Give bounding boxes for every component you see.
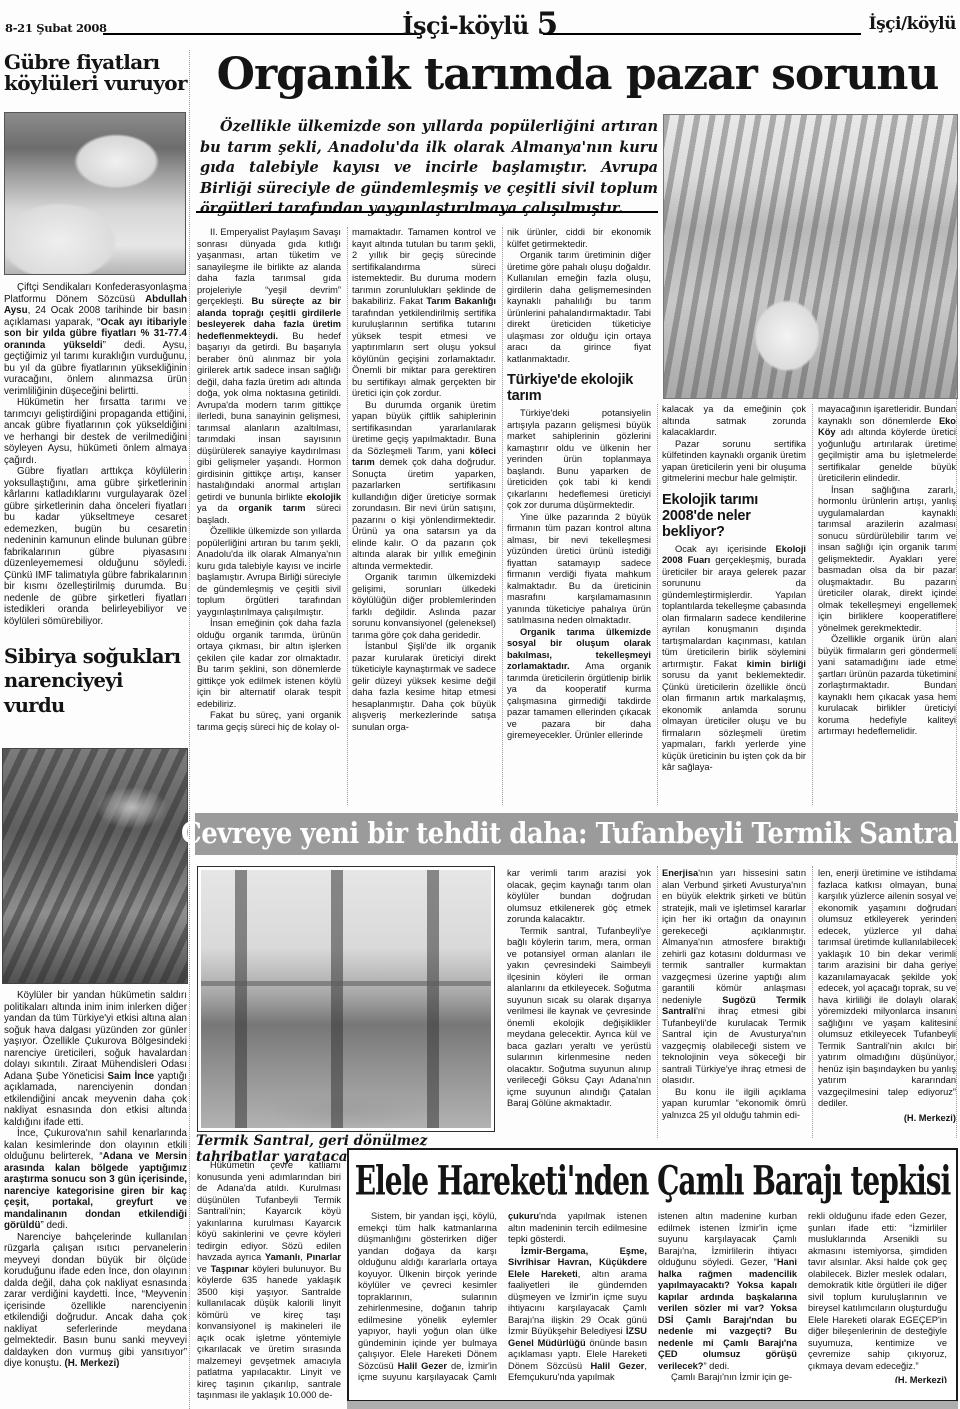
tufanbeyli-banner-headline: Çevreye yeni bir tehdit daha: Tufanbeyli… xyxy=(181,817,960,851)
organik-lead: Özellikle ülkemizde son yıllarda popüler… xyxy=(200,117,658,220)
tufanbeyli-column-4: len, enerji üretimine ve istihdama fazla… xyxy=(818,868,956,1144)
sibirya-article-text: Köylüler bir yandan hükümetin saldırı po… xyxy=(4,990,187,1406)
gubre-article-text: Çiftçi Sendikaları Konfederasyonlaşma Pl… xyxy=(4,282,187,629)
paragraph: Organik tarımın ülkemizdeki gelişimi, so… xyxy=(352,572,496,641)
paragraph: İnsan sağlığına zararlı, hormonlu ürünle… xyxy=(818,485,956,635)
frost-orchard-photo xyxy=(2,748,188,984)
newspaper-page: 8-21 Şubat 2008 İşçi-köylü 5 İşçi/köylü … xyxy=(0,0,960,1409)
elele-article-box: Elele Hareketi'nden Çamlı Barajı tepkisi… xyxy=(347,1148,958,1402)
paragraph: Termik santral, Tufanbeyli'ye bağlı köyl… xyxy=(507,926,651,1110)
paragraph: Organik tarım üretiminin diğer üretime g… xyxy=(507,250,651,365)
paragraph: Pazar sorunu sertifika külfetinden kayna… xyxy=(662,439,806,485)
header-rule-right xyxy=(543,33,861,35)
paragraph: rekli olduğunu ifade eden Gezer, şunları… xyxy=(808,1211,947,1372)
paragraph: Hükümetin her fırsatta tarımı ve tarımcı… xyxy=(4,397,187,466)
paragraph: nik ürünler, ciddi bir ekonomik külfet g… xyxy=(507,227,651,250)
organik-column-5: mayacağının işaretleridir. Bundan kaynak… xyxy=(818,404,956,805)
elele-column-2: çukuru'nda yapılmak istenen altın madeni… xyxy=(508,1211,647,1383)
elele-columns: Sistem, bir yandan işçi, köylü, emekçi t… xyxy=(349,1207,956,1383)
paragraph: kar verimli tarım arazisi yok olacak, ge… xyxy=(507,868,651,926)
organik-column-4: kalacak ya da emeğinin çok altında satma… xyxy=(662,404,806,805)
power-plant-photo-frame xyxy=(197,866,495,1132)
paragraph: çukuru'nda yapılmak istenen altın madeni… xyxy=(508,1211,647,1246)
subheading: Türkiye'de ekolojik tarım xyxy=(507,372,651,404)
paragraph: Köylüler bir yandan hükümetin saldırı po… xyxy=(4,990,187,1128)
paragraph: len, enerji üretimine ve istihdama fazla… xyxy=(818,868,956,1110)
paragraph: mamaktadır. Tamamen kontrol ve kayıt alt… xyxy=(352,227,496,400)
tufanbeyli-column-1: Hükümetin çevre katliamı konusunda yeni … xyxy=(197,1160,341,1408)
paragraph: Ocak ayı içerisinde Ekoloji 2008 Fuarı g… xyxy=(662,544,806,774)
masthead-title: İşçi-köylü xyxy=(402,11,529,40)
section-banner: Çevreye yeni bir tehdit daha: Tufanbeyli… xyxy=(195,813,958,855)
paragraph: Özellikle organik ürün alan büyük firmal… xyxy=(818,634,956,738)
byline: (H. Merkezi) xyxy=(808,1375,947,1383)
paragraph: Bu konu ile ilgili açıklama yapan kuruml… xyxy=(662,1087,806,1122)
column-divider xyxy=(502,227,503,805)
paragraph: Hükümetin çevre katliamı konusunda yeni … xyxy=(197,1160,341,1402)
paragraph: Çamlı Barajı'nın İzmir için ge- xyxy=(658,1372,797,1383)
paragraph: Gübre fiyatları arttıkça köylülerin yoks… xyxy=(4,466,187,627)
paragraph: İnsan emeğinin çok daha fazla olduğu org… xyxy=(197,618,341,710)
elele-column-1: Sistem, bir yandan işçi, köylü, emekçi t… xyxy=(358,1211,497,1383)
power-plant-photo xyxy=(201,870,491,1128)
tufanbeyli-column-3: Enerjisa'nın yarı hissesini satın alan V… xyxy=(662,868,806,1144)
organik-headline: Organik tarımda pazar sorunu xyxy=(195,52,960,99)
paragraph: II. Emperyalist Paylaşım Savaşı sonrası … xyxy=(197,227,341,526)
paragraph: Bu durumda organik üretim yapan büyük çi… xyxy=(352,400,496,573)
sibirya-headline: Sibirya soğukları narenciyeyi vurdu xyxy=(4,645,187,718)
elele-column-4: rekli olduğunu ifade eden Gezer, şunları… xyxy=(808,1211,947,1383)
fertilizer-loading-photo xyxy=(4,112,186,275)
rail-divider xyxy=(189,50,190,1409)
organic-field-farmer-photo xyxy=(663,114,958,399)
paragraph: İzmir-Bergama, Eşme, Sivrihisar Havran, … xyxy=(508,1246,647,1384)
elele-headline: Elele Hareketi'nden Çamlı Barajı tepkisi xyxy=(349,1157,956,1205)
paragraph: Fakat bu süreç, yani organik tarıma geçi… xyxy=(197,710,341,733)
column-divider xyxy=(812,866,813,1138)
column-divider xyxy=(657,866,658,1138)
issue-date: 8-21 Şubat 2008 xyxy=(5,21,107,35)
organik-column-2: mamaktadır. Tamamen kontrol ve kayıt alt… xyxy=(352,227,496,805)
column-divider xyxy=(657,404,658,805)
column-divider xyxy=(347,227,348,805)
paragraph: Özellikle ülkemizde son yıllarda popüler… xyxy=(197,526,341,618)
subheading: Ekolojik tarımı 2008'de neler bekliyor? xyxy=(662,492,806,540)
paragraph: İnce, Çukurova'nın sahil kenarlarında ka… xyxy=(4,1128,187,1232)
paragraph: Sistem, bir yandan işçi, köylü, emekçi t… xyxy=(358,1211,497,1383)
organik-column-3: nik ürünler, ciddi bir ekonomik külfet g… xyxy=(507,227,651,805)
paragraph: Organik tarıma ülkemizde sosyal bir oluş… xyxy=(507,627,651,742)
masthead-right: İşçi/köylü xyxy=(869,14,956,34)
byline: (H. Merkezi) xyxy=(818,1113,956,1125)
gubre-headline: Gübre fiyatları köylüleri vuruyor xyxy=(4,52,187,94)
paragraph: Narenciye bahçelerinde kullanılan rüzgar… xyxy=(4,1232,187,1370)
masthead: İşçi-köylü 5 xyxy=(320,6,640,42)
paragraph: istenen altın madenine kurban edilmek is… xyxy=(658,1211,797,1372)
paragraph: kalacak ya da emeğinin çok altında satma… xyxy=(662,404,806,439)
paragraph: Yine ülke pazarında 2 büyük firmanın tüm… xyxy=(507,512,651,627)
elele-column-3: istenen altın madenine kurban edilmek is… xyxy=(658,1211,797,1383)
lead-rule xyxy=(196,211,658,213)
paragraph: İstanbul Şişli'de ilk organik pazar kuru… xyxy=(352,641,496,733)
paragraph: mayacağının işaretleridir. Bundan kaynak… xyxy=(818,404,956,485)
paragraph: Çiftçi Sendikaları Konfederasyonlaşma Pl… xyxy=(4,282,187,397)
paragraph: Enerjisa'nın yarı hissesini satın alan V… xyxy=(662,868,806,1087)
column-divider xyxy=(812,404,813,805)
tufanbeyli-column-2: kar verimli tarım arazisi yok olacak, ge… xyxy=(507,868,651,1144)
page-number: 5 xyxy=(537,6,558,42)
organik-column-1: II. Emperyalist Paylaşım Savaşı sonrası … xyxy=(197,227,341,805)
paragraph: Türkiye'deki potansiyelin artışıyla paza… xyxy=(507,408,651,512)
page-bottom-edge xyxy=(347,1401,958,1409)
